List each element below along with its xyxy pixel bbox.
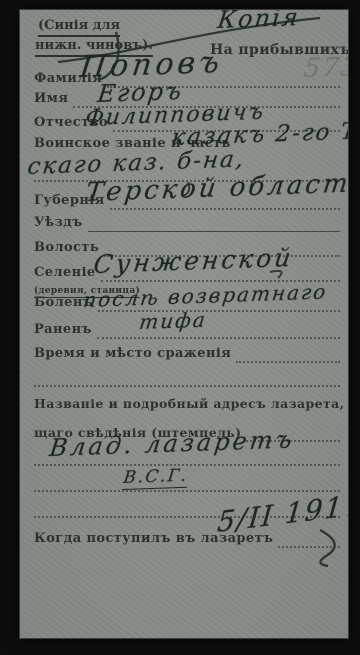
hospital-registration-card: (Синія для нижн. чиновъ). Копія На прибы… bbox=[20, 10, 348, 638]
wounded-label: Раненъ bbox=[34, 321, 92, 339]
battle-line2 bbox=[34, 365, 340, 387]
first-name-label: Имя bbox=[34, 90, 68, 108]
battle-line bbox=[236, 341, 340, 363]
scanned-document-photo: (Синія для нижн. чиновъ). Копія На прибы… bbox=[0, 0, 360, 655]
hospital-line2 bbox=[34, 470, 340, 492]
wounded-line bbox=[97, 317, 340, 339]
field-row-wounded: Раненъ bbox=[34, 319, 340, 339]
hospital-line1 bbox=[34, 444, 340, 466]
hospital-rule-row1 bbox=[34, 446, 340, 466]
corner-note-line1: (Синія для bbox=[38, 18, 120, 37]
battle-label: Время и мѣсто сраженія bbox=[34, 345, 231, 363]
battle-continuation-row bbox=[34, 367, 340, 387]
hospital-label-line1: Названіе и подробный адресъ лазарета, со… bbox=[34, 396, 348, 411]
field-row-battle: Время и мѣсто сраженія bbox=[34, 343, 340, 363]
hospital-rule-row2 bbox=[34, 472, 340, 492]
uyezd-line bbox=[88, 211, 340, 232]
settlement-label: Селеніе bbox=[34, 264, 96, 282]
copy-note-handwritten: Копія bbox=[216, 10, 301, 34]
field-row-uyezd: Уѣздъ bbox=[34, 212, 340, 232]
volost-label: Волость bbox=[34, 239, 99, 257]
uyezd-label: Уѣздъ bbox=[34, 214, 83, 232]
field-row-admitted: Когда поступилъ въ лазаретъ bbox=[34, 528, 340, 548]
